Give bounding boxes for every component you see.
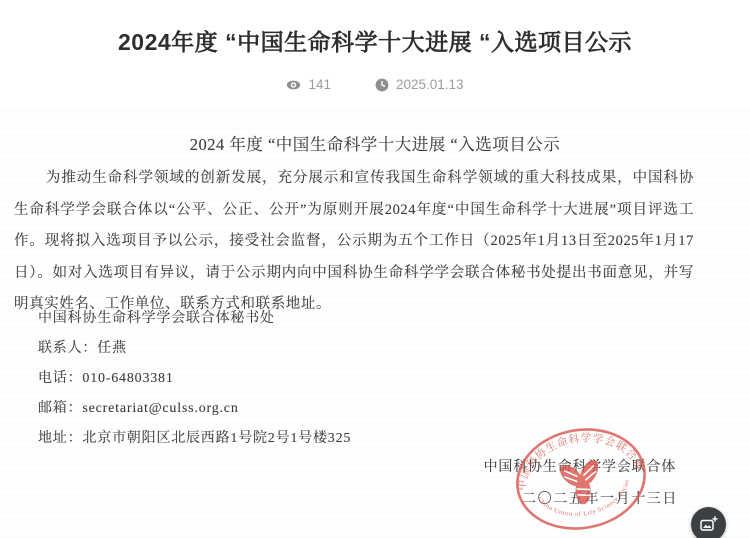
contact-person: 联系人：任燕 — [38, 334, 351, 364]
views-count: 141 — [308, 77, 331, 92]
contact-org: 中国科协生命科学学会联合体秘书处 — [38, 304, 351, 334]
contact-phone: 电话：010-64803381 — [38, 364, 351, 394]
announcement-page: 2024年度 “中国生命科学十大进展 “入选项目公示 141 2025.01.1… — [0, 0, 750, 538]
date-meta: 2025.01.13 — [375, 77, 464, 92]
scanned-document: 2024 年度 “中国生命科学十大进展 “入选项目公示 为推动生命科学领域的创新… — [0, 110, 750, 538]
contact-email: 邮箱：secretariat@culss.org.cn — [38, 394, 351, 424]
official-seal-stamp: 中国科协生命科学学会联合体 China Union of Life Scienc… — [511, 422, 651, 536]
signature-org: 中国科协生命科学学会联合体 — [484, 456, 676, 476]
article-meta-row: 141 2025.01.13 — [0, 77, 750, 92]
views-meta: 141 — [286, 77, 331, 92]
page-title: 2024年度 “中国生命科学十大进展 “入选项目公示 — [0, 24, 750, 57]
publish-date: 2025.01.13 — [396, 77, 464, 92]
document-paragraph: 为推动生命科学领域的创新发展，充分展示和宣传我国生命科学领域的重大科技成果，中国… — [14, 163, 694, 321]
signature-date: 二〇二五年一月十三日 — [522, 488, 678, 508]
eye-icon — [286, 78, 301, 92]
add-image-button[interactable] — [691, 507, 726, 538]
add-image-icon — [699, 515, 718, 534]
clock-icon — [375, 78, 389, 92]
document-heading: 2024 年度 “中国生命科学十大进展 “入选项目公示 — [0, 131, 750, 155]
contact-address: 地址：北京市朝阳区北辰西路1号院2号1号楼325 — [38, 424, 351, 454]
contact-block: 中国科协生命科学学会联合体秘书处 联系人：任燕 电话：010-64803381 … — [38, 304, 351, 454]
